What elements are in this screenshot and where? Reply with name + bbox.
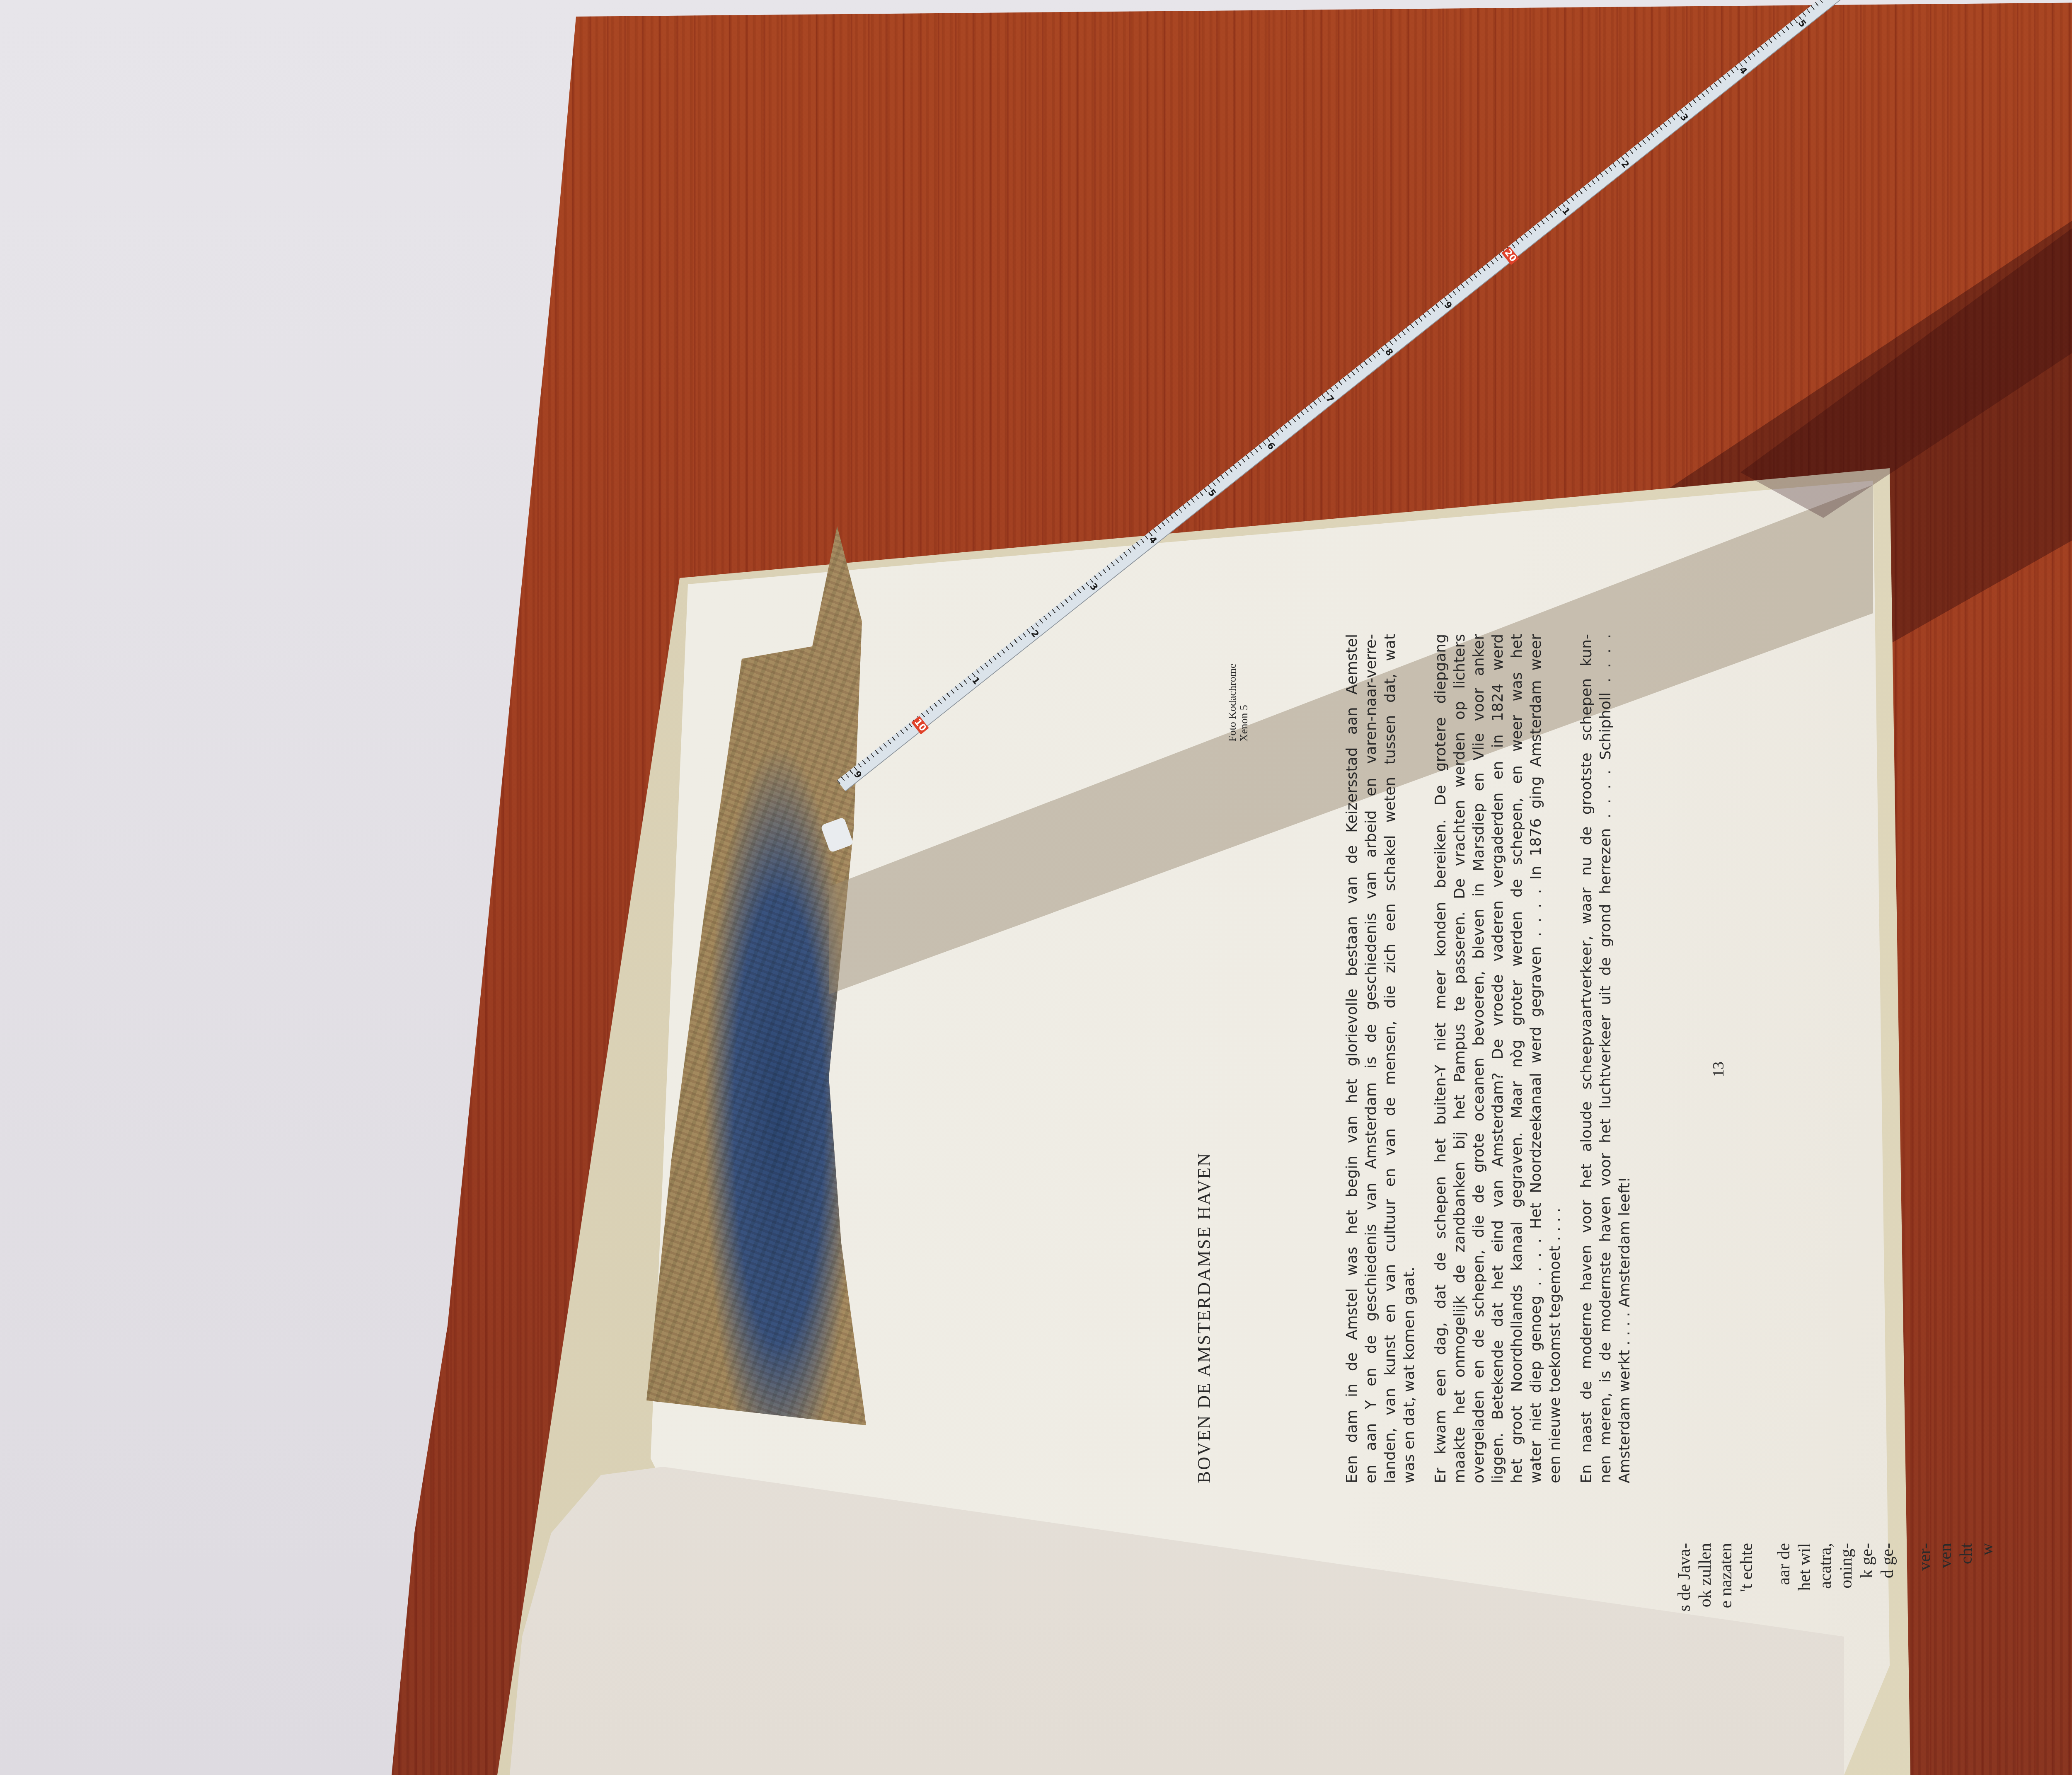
photo-credit-line2: Xenon 5 [1238, 664, 1250, 742]
page-heading: BOVEN DE AMSTERDAMSE HAVEN [1193, 1152, 1215, 1483]
text-fragment: oning- [1836, 1543, 1857, 1775]
text-fragment: aar de [1774, 1543, 1794, 1775]
text-fragment: acatra, [1815, 1543, 1836, 1775]
text-fragment: s de Java- [1674, 1543, 1695, 1775]
text-line: Er kwam een dag, dat de schepen het buit… [1431, 634, 1450, 1483]
text-fragment: w [1977, 1543, 1997, 1775]
text-line: landen, van kunst en van cultuur en van … [1381, 634, 1400, 1483]
text-line: nen meren, is de modernste haven voor he… [1596, 634, 1615, 1483]
text-line: maakte het onmogelijk de zandbanken bij … [1450, 634, 1469, 1483]
text-line: was en dat, wat komen gaat. [1400, 634, 1419, 1483]
text-fragment: ok zullen [1695, 1543, 1716, 1775]
paragraph: En naast de moderne haven voor het aloud… [1577, 634, 1634, 1483]
text-fragment: cht [1956, 1543, 1977, 1775]
left-page-text-fragments: s de Java-ok zullene nazaten't echteaar … [1674, 1543, 1997, 1775]
paragraph: Een dam in de Amstel was het begin van h… [1343, 634, 1419, 1483]
text-fragment: e nazaten [1716, 1543, 1736, 1775]
page-number: 13 [1709, 1062, 1728, 1077]
paragraph: Er kwam een dag, dat de schepen het buit… [1431, 634, 1565, 1483]
text-line: en aan Y en de geschiedenis van Amsterda… [1362, 634, 1381, 1483]
text-fragment: het wil [1794, 1543, 1815, 1775]
photo-credit-line1: Foto Kodachrome [1227, 664, 1238, 742]
body-text: Een dam in de Amstel was het begin van h… [1343, 634, 1647, 1483]
text-line: Amsterdam werkt . . . . Amsterdam leeft! [1615, 634, 1634, 1483]
text-fragment: 't echte [1736, 1543, 1757, 1775]
text-line: Een dam in de Amstel was het begin van h… [1343, 634, 1362, 1483]
text-line: water niet diep genoeg . . . . Het Noord… [1527, 634, 1546, 1483]
text-line: een nieuwe toekomst tegemoet . . . . [1546, 634, 1565, 1483]
text-line: En naast de moderne haven voor het aloud… [1577, 634, 1596, 1483]
text-line: het groot Noordhollands kanaal gegraven.… [1508, 634, 1527, 1483]
text-fragment: ven [1935, 1543, 1956, 1775]
photo-credit: Foto Kodachrome Xenon 5 [1227, 664, 1250, 742]
text-fragment: k ge- [1857, 1543, 1877, 1775]
text-fragment: d ge- [1877, 1543, 1898, 1775]
text-fragment: ver- [1915, 1543, 1935, 1775]
text-line: overgeladen en de schepen, die de grote … [1469, 634, 1489, 1483]
text-line: liggen. Betekende dat het eind van Amste… [1489, 634, 1508, 1483]
